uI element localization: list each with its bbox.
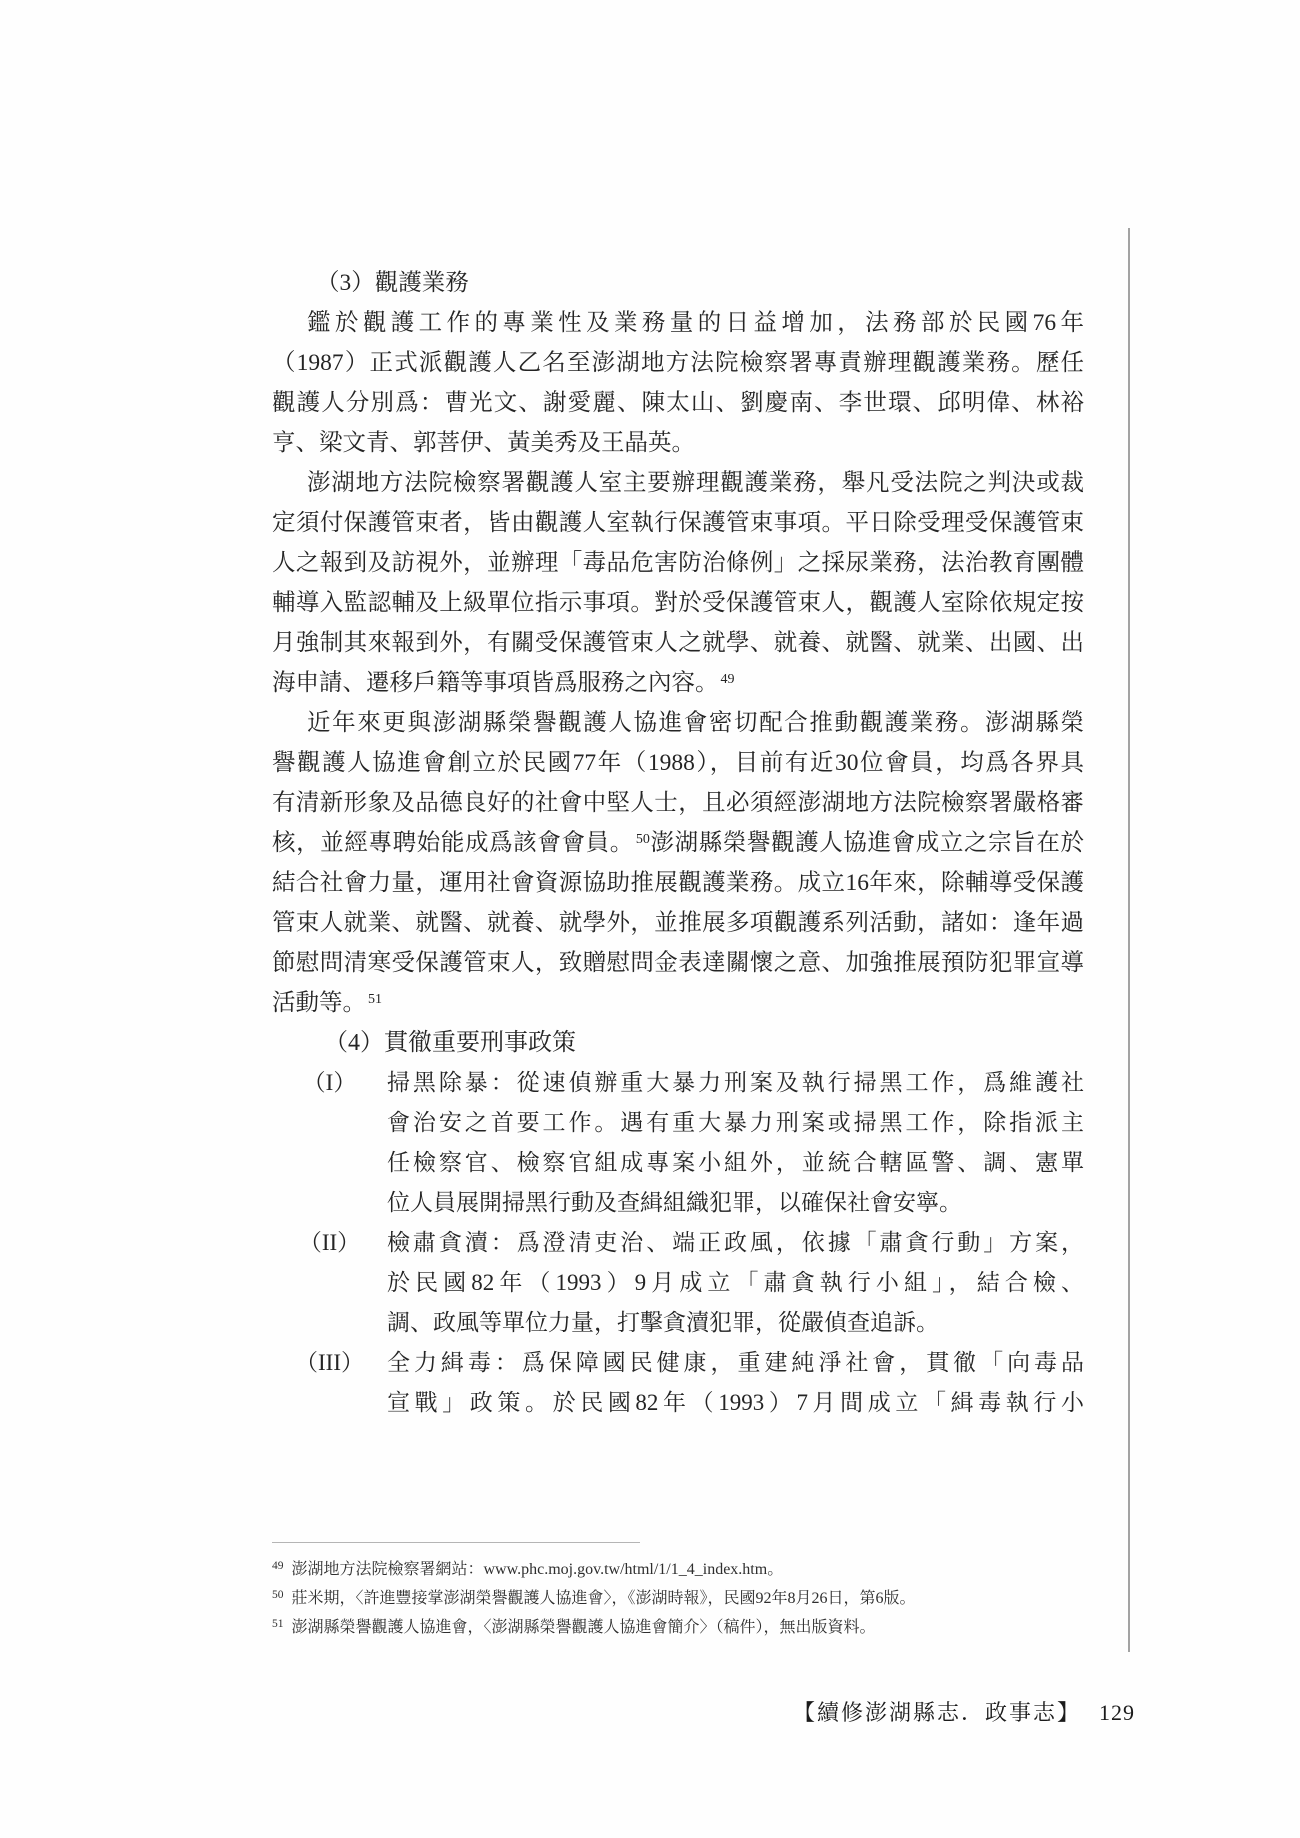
body-line: 譽觀護人協進會創立於民國77年（1988），目前有近30位會員，均爲各界具	[272, 743, 1084, 783]
body-line: 鑑於觀護工作的專業性及業務量的日益增加，法務部於民國76年	[272, 303, 1084, 343]
body-line: 近年來更與澎湖縣榮譽觀護人協進會密切配合推動觀護業務。澎湖縣榮	[272, 703, 1084, 743]
list-item-first-line: （II）檢肅貪瀆：爲澄清吏治、端正政風，依據「肅貪行動」方案，	[272, 1223, 1084, 1263]
book-page: （3）觀護業務 鑑於觀護工作的專業性及業務量的日益增加，法務部於民國76年 （1…	[0, 0, 1300, 1838]
body-line: 調、政風等單位力量，打擊貪瀆犯罪，從嚴偵查追訴。	[272, 1303, 1084, 1343]
body-line: 海申請、遷移戶籍等事項皆爲服務之內容。49	[272, 663, 1084, 703]
list-item-marker: （I）	[272, 1063, 387, 1103]
body-line: 位人員展開掃黑行動及查緝組織犯罪，以確保社會安寧。	[272, 1183, 1084, 1223]
body-line: 有清新形象及品德良好的社會中堅人士，且必須經澎湖地方法院檢察署嚴格審	[272, 783, 1084, 823]
list-item-first-line: （I）掃黑除暴：從速偵辦重大暴力刑案及執行掃黑工作，爲維護社	[272, 1063, 1084, 1103]
body-text: 活動等。	[272, 990, 366, 1016]
footnote-ref-49: 49	[721, 672, 735, 687]
footnote-item: 50莊米期，〈許進豐接掌澎湖榮譽觀護人協進會〉，《澎湖時報》，民國92年8月26…	[272, 1584, 1092, 1613]
footnote-number: 51	[272, 1618, 284, 1630]
body-line: 結合社會力量，運用社會資源協助推展觀護業務。成立16年來，除輔導受保護	[272, 863, 1084, 903]
body-line: 管束人就業、就醫、就養、就學外，並推展多項觀護系列活動，諸如：逢年過	[272, 903, 1084, 943]
footnote-number: 49	[272, 1560, 284, 1572]
footnotes: 49澎湖地方法院檢察署網站：www.phc.moj.gov.tw/html/1/…	[272, 1542, 1092, 1642]
footnote-item: 49澎湖地方法院檢察署網站：www.phc.moj.gov.tw/html/1/…	[272, 1555, 1092, 1584]
text-block-rule	[1128, 228, 1130, 1652]
body-line: 輔導入監認輔及上級單位指示事項。對於受保護管束人，觀護人室除依規定按	[272, 583, 1084, 623]
body-line: 月強制其來報到外，有關受保護管束人之就學、就養、就醫、就業、出國、出	[272, 623, 1084, 663]
footnote-ref-50: 50	[636, 832, 650, 847]
footnote-number: 50	[272, 1589, 284, 1601]
footnote-separator	[272, 1542, 640, 1543]
body-line: 人之報到及訪視外，並辦理「毒品危害防治條例」之採尿業務，法治教育團體	[272, 543, 1084, 583]
body-line: 於民國82年（1993）9月成立「肅貪執行小組」，結合檢、	[272, 1263, 1084, 1303]
list-item-marker: （II）	[272, 1223, 387, 1263]
footnote-text: 澎湖地方法院檢察署網站：www.phc.moj.gov.tw/html/1/1_…	[292, 1561, 784, 1578]
body-line: （1987）正式派觀護人乙名至澎湖地方法院檢察署專責辦理觀護業務。歷任	[272, 343, 1084, 383]
footnote-ref-51: 51	[368, 992, 382, 1007]
body-line: 任檢察官、檢察官組成專案小組外，並統合轄區警、調、憲單	[272, 1143, 1084, 1183]
body-line: 亨、梁文青、郭菩伊、黃美秀及王晶英。	[272, 423, 1084, 463]
volume-title: 【續修澎湖縣志．政事志】	[793, 1700, 1081, 1725]
body-text: 核，並經專聘始能成爲該會會員。	[272, 830, 634, 856]
body-line: 核，並經專聘始能成爲該會會員。50澎湖縣榮譽觀護人協進會成立之宗旨在於	[272, 823, 1084, 863]
footnote-text: 澎湖縣榮譽觀護人協進會，〈澎湖縣榮譽觀護人協進會簡介〉（稿件），無出版資料。	[292, 1619, 876, 1636]
body-text: 澎湖縣榮譽觀護人協進會成立之宗旨在於	[650, 830, 1084, 856]
body-line: 會治安之首要工作。遇有重大暴力刑案或掃黑工作，除指派主	[272, 1103, 1084, 1143]
list-item-first-line: （III）全力緝毒：爲保障國民健康，重建純淨社會，貫徹「向毒品	[272, 1343, 1084, 1383]
text-column: （3）觀護業務 鑑於觀護工作的專業性及業務量的日益增加，法務部於民國76年 （1…	[272, 263, 1084, 1423]
footnote-item: 51澎湖縣榮譽觀護人協進會，〈澎湖縣榮譽觀護人協進會簡介〉（稿件），無出版資料。	[272, 1613, 1092, 1642]
body-line: 宣戰」政策。於民國82年（1993）7月間成立「緝毒執行小	[272, 1383, 1084, 1423]
body-line: 定須付保護管束者，皆由觀護人室執行保護管束事項。平日除受理受保護管束	[272, 503, 1084, 543]
body-line: 澎湖地方法院檢察署觀護人室主要辦理觀護業務，舉凡受法院之判決或裁	[272, 463, 1084, 503]
body-line: 活動等。51	[272, 983, 1084, 1023]
page-footer: 【續修澎湖縣志．政事志】129	[272, 1698, 1135, 1728]
section-heading-3: （3）觀護業務	[272, 263, 1084, 303]
footnote-text: 莊米期，〈許進豐接掌澎湖榮譽觀護人協進會〉，《澎湖時報》，民國92年8月26日，…	[292, 1590, 916, 1607]
body-text: 檢肅貪瀆：爲澄清吏治、端正政風，依據「肅貪行動」方案，	[387, 1223, 1084, 1263]
body-line: 節慰問清寒受保護管束人，致贈慰問金表達關懷之意、加強推展預防犯罪宣導	[272, 943, 1084, 983]
body-text: 掃黑除暴：從速偵辦重大暴力刑案及執行掃黑工作，爲維護社	[387, 1063, 1084, 1103]
page-number: 129	[1099, 1700, 1135, 1725]
list-item-marker: （III）	[272, 1343, 387, 1383]
body-text: 海申請、遷移戶籍等事項皆爲服務之內容。	[272, 670, 719, 696]
section-heading-4: （4）貫徹重要刑事政策	[272, 1023, 1084, 1063]
body-text: 全力緝毒：爲保障國民健康，重建純淨社會，貫徹「向毒品	[387, 1343, 1084, 1383]
body-line: 觀護人分別爲：曹光文、謝愛麗、陳太山、劉慶南、李世環、邱明偉、林裕	[272, 383, 1084, 423]
